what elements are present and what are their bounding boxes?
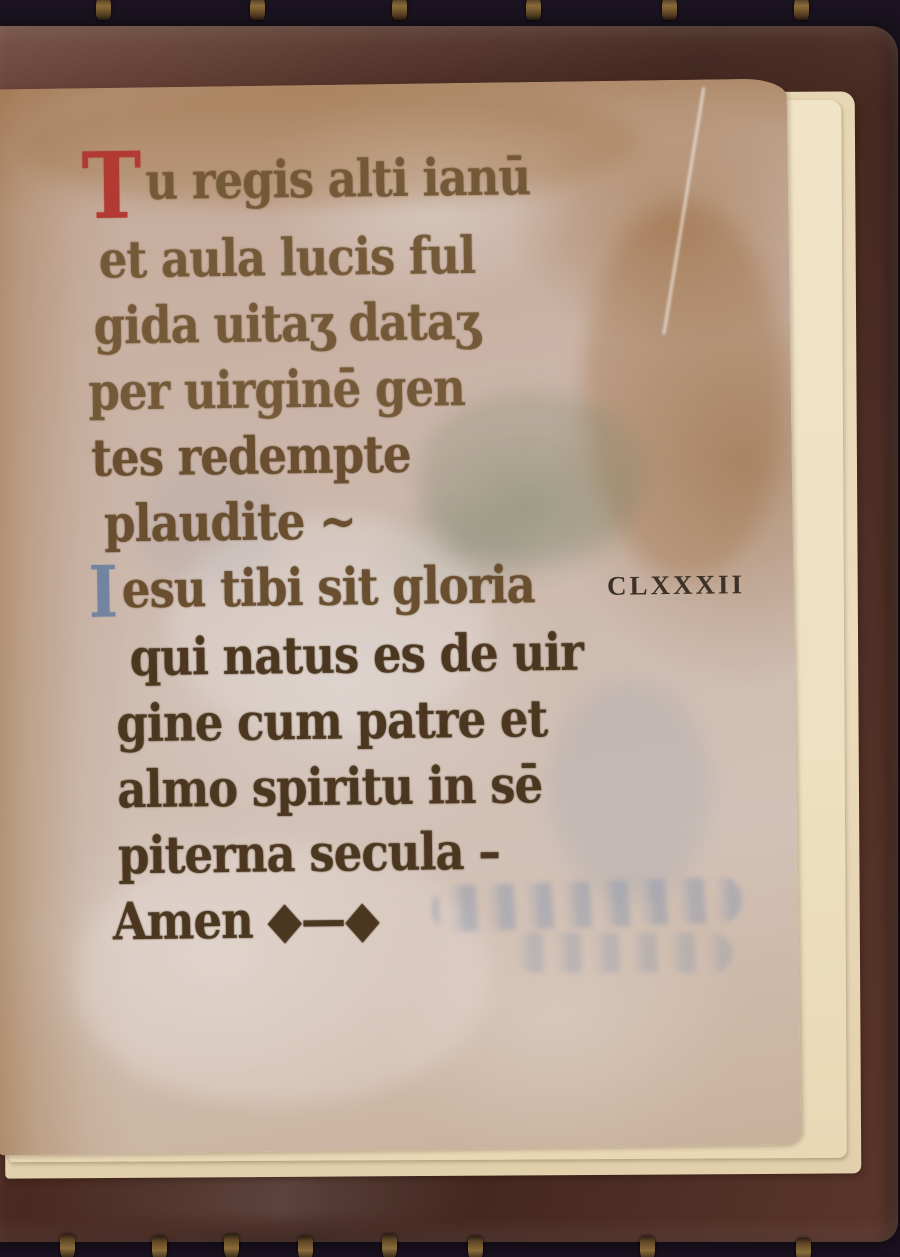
- brass-peg-icon: [640, 1236, 655, 1257]
- verso-show-through: [513, 932, 733, 973]
- manuscript-photo-scene: Tu regis alti ianū et aula lucis ful gid…: [0, 0, 900, 1257]
- stain: [167, 513, 490, 737]
- stain: [21, 80, 643, 209]
- parchment-crease: [662, 87, 705, 334]
- stain: [71, 843, 495, 1109]
- brass-peg-icon: [796, 1238, 811, 1257]
- verso-show-through: [136, 465, 288, 587]
- brass-peg-icon: [152, 1236, 167, 1257]
- brass-peg-icon: [794, 0, 809, 20]
- brass-peg-icon: [224, 1234, 239, 1257]
- stain: [582, 198, 787, 581]
- manuscript-page: [0, 78, 801, 1155]
- stain: [415, 390, 647, 563]
- brass-peg-icon: [392, 0, 407, 20]
- brass-peg-icon: [298, 1236, 313, 1257]
- verso-show-through: [549, 680, 712, 902]
- brass-peg-icon: [662, 0, 677, 20]
- brass-peg-icon: [250, 0, 265, 20]
- brass-peg-icon: [60, 1234, 75, 1257]
- folio-number: CLXXXII: [607, 569, 745, 602]
- brass-peg-icon: [468, 1236, 483, 1257]
- brass-peg-icon: [526, 0, 541, 20]
- brass-peg-icon: [96, 0, 111, 20]
- verso-show-through: [431, 876, 742, 932]
- brass-peg-icon: [382, 1234, 397, 1257]
